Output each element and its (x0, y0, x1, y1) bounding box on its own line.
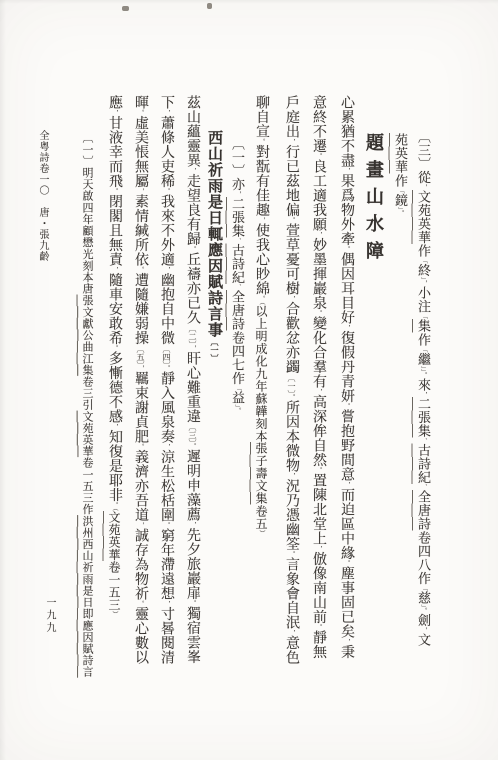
punctuation-mark: ） (258, 530, 264, 536)
punctuation-mark: 「 (420, 258, 426, 264)
verse-col-8-with-source: 應，甘液幸而飛。閉閣且無責，隨車安敢希。多慚德不感，知復是耶非。（文苑英華卷一五… (104, 95, 124, 617)
punctuation-mark: 。 (420, 372, 426, 378)
text-run: 〔一〕明天啟四年顧懋光刻本唐 (81, 132, 93, 295)
text-run: 西山祈雨是日輒應因賦詩言事 (206, 130, 222, 338)
punctuation-mark: 。 (288, 394, 294, 400)
punctuation-mark: ， (137, 365, 143, 371)
text-run: 。遲明申藻薦，先夕旅巖扉。獨宿雲峯 (185, 443, 200, 664)
punctuation-mark: 。 (189, 600, 195, 606)
punctuation-mark: ， (111, 424, 117, 430)
text-run: 卷五） (254, 505, 268, 536)
punctuation-mark: 。 (163, 188, 169, 194)
annotation-col-prev-poem-cont: 苑英華作「鏡」。 (391, 133, 410, 216)
punctuation-mark: ， (137, 522, 143, 528)
verse-col-4-with-colophon: 聊自宣。對翫有佳趣，使我心眇綿。（以上明成化九年蘇韡刻本張子壽文集卷五） (251, 95, 271, 536)
verse-col-3: 戶庭出，行已茲地偏。萱草憂可樹，合歡忿亦蠲〔一〕。所因本微物，況乃憑幽筌。言象會… (281, 95, 301, 665)
punctuation-mark: 。 (137, 601, 143, 607)
book-title-mark: 全唐詩 (230, 290, 245, 331)
punctuation-mark: ， (163, 444, 169, 450)
book-title-mark: 二張集 (230, 197, 245, 238)
verse-col-5: 茲山蘊靈異，走望良有歸。丘禱亦已久〔二〕，盰心難重違〔三〕。遲明申藻薦，先夕旅巖… (182, 95, 202, 664)
punctuation-mark: ， (137, 188, 143, 194)
punctuation-mark: 。 (163, 365, 169, 371)
punctuation-mark: 。 (234, 407, 240, 413)
scanned-page: 〔三〕從，文苑英華作「終」，小注「集作「繼」」。來，二張集、古詩紀、全唐詩卷四八… (0, 0, 498, 760)
punctuation-mark: 。 (343, 403, 349, 409)
punctuation-mark: 「 (420, 585, 426, 591)
punctuation-mark: ， (163, 267, 169, 273)
punctuation-mark: ， (420, 280, 426, 286)
text-run: 作「鏡」。 (393, 174, 408, 216)
text-run: 應，甘液幸而飛。閉閣且無責，隨車安敢希。多慚德不感，知復是耶非。 (107, 95, 122, 508)
book-title-mark: 張文獻公曲江集 (81, 295, 93, 376)
punctuation-mark: 。 (111, 188, 117, 194)
text-run: 下，蕭條人吏稀。我來不外適，幽抱自中微 (159, 95, 174, 345)
punctuation-mark: ， (288, 630, 294, 636)
punctuation-mark: 。 (137, 267, 143, 273)
punctuation-mark: ， (343, 482, 349, 488)
punctuation-mark: ， (343, 639, 349, 645)
punctuation-mark: ， (288, 296, 294, 302)
text-run: （以上明成化九年蘇韡刻本 (254, 302, 268, 443)
punctuation-mark: （ (258, 302, 264, 305)
poem-title-tihua-shanshui-zhang: 題畫山水障 (361, 133, 387, 268)
punctuation-mark: 。 (258, 139, 264, 145)
book-title-mark: 張子壽文集 (254, 442, 268, 505)
poem-title-xishan-qiyu: 西山祈雨是日輒應因賦詩言事〔一〕 (204, 130, 225, 362)
text-run: 〔一〕亦， (230, 137, 245, 197)
punctuation-mark: ， (315, 232, 321, 238)
book-title-mark: 文苑英華 (107, 511, 121, 561)
verse-col-6: 下，蕭條人吏稀。我來不外適，幽抱自中微〔四〕。靜入風泉奏，涼生松栝圍。窮年滯遠想… (156, 95, 176, 665)
text-run: 意終不遷。良工適我願，妙墨揮巖泉。變化合羣有，高深侔自然。置陳北堂上，倣像南山前… (311, 95, 326, 659)
footnote-ref: 〔五〕 (136, 345, 145, 365)
punctuation-mark: 「 (397, 187, 403, 193)
punctuation-mark: ） (111, 611, 117, 617)
book-title-mark: 文苑英華 (81, 411, 93, 457)
punctuation-mark: 。 (315, 467, 321, 473)
book-title-mark: 古詩紀 (230, 244, 245, 285)
book-title-mark: 苑英華 (393, 133, 408, 174)
book-title-mark: 洪州西山祈雨是日即應因賦詩言 (81, 515, 93, 678)
text-run: 暉。虛美悵無屬，素情緘所依。遭隨嫌弱操 (133, 95, 148, 345)
punctuation-mark: 。 (315, 624, 321, 630)
punctuation-mark: ， (315, 546, 321, 552)
text-run: 卷一五三作 (81, 457, 93, 515)
punctuation-mark: ， (163, 110, 169, 116)
text-run: 。所因本微物，況乃憑幽筌。言象會自泯，意色 (284, 394, 299, 665)
punctuation-mark: ， (315, 389, 321, 395)
footnote-ref: 〔一〕 (210, 338, 219, 362)
text-run: 。靜入風泉奏，涼生松栝圍。窮年滯遠想，寸晷閱清 (159, 365, 174, 665)
text-run: 聊自宣。對翫有佳趣，使我心眇綿。 (254, 95, 269, 302)
annotation-col-prev-poem: 〔三〕從，文苑英華作「終」，小注「集作「繼」」。來，二張集、古詩紀、全唐詩卷四八… (414, 130, 433, 646)
text-run: 卷一五三） (107, 561, 121, 617)
text-run: 作「終」，小注「 (416, 244, 431, 319)
verse-col-1: 心累猶不盡，果爲物外牽。偶因耳目好，復假丹青妍。嘗抱野間意，而迫區中緣。塵事固已… (336, 95, 356, 659)
book-title-mark: 二張集 (416, 397, 431, 438)
text-run: ，羈束謝貞肥。義濟亦吾道，誠存為物祈。靈心數以 (133, 365, 148, 665)
punctuation-mark: ， (288, 139, 294, 145)
book-title-mark: 集 (416, 319, 431, 333)
page-edge-shadow-top (0, 0, 498, 4)
text-run: 戶庭出，行已茲地偏。萱草憂可樹，合歡忿亦蠲 (284, 95, 299, 374)
footnote-ref: 〔四〕 (162, 345, 171, 365)
scan-speck (207, 3, 212, 9)
book-title-mark: 全唐詩 (416, 490, 431, 531)
punctuation-mark: 。 (288, 551, 294, 557)
annotation-col-xishan: 〔一〕明天啟四年顧懋光刻本唐張文獻公曲江集卷三引文苑英華卷一五三作洪州西山祈雨是… (79, 132, 95, 678)
punctuation-mark: 。 (315, 153, 321, 159)
text-run: 卷四七作「益」。 (230, 331, 245, 414)
punctuation-mark: 。 (137, 110, 143, 116)
text-run: 卷四八作「慈」。劍，文 (416, 531, 431, 647)
text-run: 作「繼」」。來， (416, 333, 431, 398)
punctuation-mark: ， (111, 267, 117, 273)
punctuation-mark: ， (288, 473, 294, 479)
verse-col-2: 意終不遷。良工適我願，妙墨揮巖泉。變化合羣有，高深侔自然。置陳北堂上，倣像南山前… (308, 95, 328, 659)
punctuation-mark: 「 (234, 385, 240, 391)
punctuation-mark: 。 (189, 443, 195, 449)
text-run: 卷三引 (81, 376, 93, 411)
punctuation-mark: ， (111, 110, 117, 116)
page-edge-shadow-left (0, 0, 6, 760)
verse-col-7: 暉。虛美悵無屬，素情緘所依。遭隨嫌弱操〔五〕，羈束謝貞肥。義濟亦吾道，誠存為物祈… (130, 95, 150, 665)
punctuation-mark: ， (189, 168, 195, 174)
punctuation-mark: ， (258, 217, 264, 223)
punctuation-mark: 。 (137, 444, 143, 450)
punctuation-mark: 。 (343, 246, 349, 252)
footnote-ref: 〔三〕 (188, 423, 197, 443)
footnote-ref: 〔一〕 (287, 374, 296, 394)
text-run: ，盰心難重違 (185, 345, 200, 424)
punctuation-mark: 。 (315, 310, 321, 316)
punctuation-mark: 。 (343, 560, 349, 566)
punctuation-mark: 。 (288, 217, 294, 223)
text-run: 〔三〕從， (416, 130, 431, 190)
text-run: 心累猶不盡，果爲物外牽。偶因耳目好，復假丹青妍。嘗抱野間意，而迫區中緣。塵事固已… (339, 95, 354, 659)
book-title-mark: 文苑英華 (416, 190, 431, 244)
text-run: 題畫山水障 (364, 133, 384, 268)
page-number: 一九九 (42, 597, 57, 635)
punctuation-mark: ， (189, 345, 195, 351)
punctuation-mark: 。 (163, 522, 169, 528)
punctuation-mark: 。 (420, 607, 426, 613)
spine-title: 全粤詩卷一〇 唐・張九齡 (35, 130, 50, 262)
punctuation-mark: ， (189, 522, 195, 528)
annotation-col-shanshui: 〔一〕亦，二張集、古詩紀、全唐詩卷四七作「益」。 (228, 137, 247, 413)
text-run: 茲山蘊靈異，走望良有歸。丘禱亦已久 (185, 95, 200, 325)
punctuation-mark: ， (420, 627, 426, 633)
punctuation-mark: ， (343, 168, 349, 174)
punctuation-mark: ， (163, 601, 169, 607)
punctuation-mark: ， (343, 325, 349, 331)
punctuation-mark: 。 (397, 210, 403, 216)
punctuation-mark: 。 (189, 246, 195, 252)
book-title-mark: 古詩紀 (416, 444, 431, 485)
punctuation-mark: 「 (420, 346, 426, 352)
punctuation-mark: 。 (111, 345, 117, 351)
footnote-ref: 〔二〕 (188, 325, 197, 345)
scan-speck (122, 6, 129, 11)
